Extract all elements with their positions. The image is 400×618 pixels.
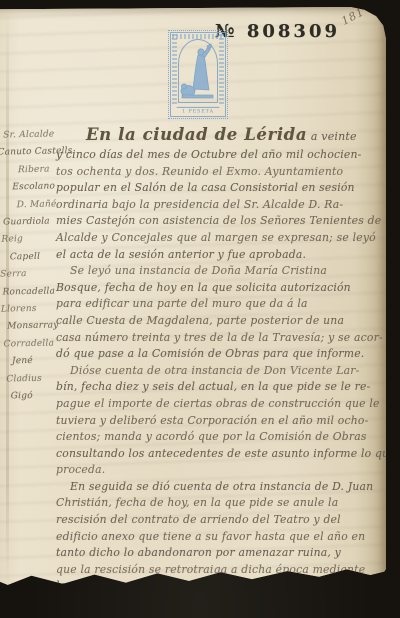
- attendee-name: Escolano: [12, 179, 56, 197]
- stamp-right-band: [219, 34, 224, 105]
- manuscript-line: En seguida se dió cuenta de otra instanc…: [56, 479, 366, 496]
- margin-attendees-list: Sr. Alcalde Canuto Castells Ribera Escol…: [0, 126, 61, 406]
- manuscript-line: consultando los antecedentes de este asu…: [56, 446, 366, 463]
- opening-phrase: En la ciudad de Lérida: [86, 125, 307, 144]
- manuscript-line: Alcalde y Concejales que al margen se ex…: [56, 230, 366, 247]
- attendee-name: Llorens: [1, 300, 59, 319]
- attendee-name: Reig: [1, 231, 57, 250]
- attendee-name: Roncadella: [2, 283, 58, 302]
- attendee-name: Canuto Castells: [0, 144, 56, 163]
- stamp-denomination: 1 PESETA: [177, 107, 220, 115]
- attendee-name: Capell: [10, 248, 58, 266]
- allegorical-figure-icon: [180, 43, 216, 103]
- lion-head: [181, 84, 186, 89]
- attendee-name: Serra: [0, 266, 58, 285]
- manuscript-line: tos ochenta y dos. Reunido el Exmo. Ayun…: [56, 164, 366, 181]
- manuscript-line: ordinaria bajo la presidencia del Sr. Al…: [56, 197, 366, 214]
- manuscript-line: y cinco días del mes de Octubre del año …: [56, 147, 366, 164]
- attendee-name: Sr. Alcalde: [3, 126, 55, 144]
- manuscript-line: cientos; manda y acordó que por la Comis…: [56, 429, 366, 446]
- manuscript-line: tanto dicho lo abandonaron por amenazar …: [56, 545, 366, 562]
- pedestal: [182, 95, 213, 98]
- manuscript-line: edificio anexo que tiene a su favor hast…: [56, 529, 366, 546]
- manuscript-body: En la ciudad de Lérida a veinte y cinco …: [56, 123, 366, 595]
- serial-number: № 808309: [215, 21, 340, 42]
- manuscript-line: calle Cuesta de Magdalena, parte posteri…: [56, 313, 366, 330]
- manuscript-line: Christián, fecha de hoy, en la que pide …: [56, 495, 366, 512]
- manuscript-line: proceda.: [56, 462, 366, 479]
- attendee-name: Cladius: [6, 370, 60, 389]
- manuscript-line: Se leyó una instancia de Doña María Cris…: [56, 263, 366, 280]
- manuscript-line: dó que pase a la Comisión de Obras para …: [56, 346, 366, 363]
- figure-branch: [207, 44, 212, 49]
- manuscript-line: popular en el Salón de la casa Consistor…: [56, 180, 366, 197]
- scanned-photo: { "page": { "folio_number": "181", "seri…: [0, 0, 400, 618]
- attendee-name: Guardiola: [3, 213, 57, 232]
- fiscal-stamp: 1 PESETA: [168, 30, 228, 119]
- opening-continuation: a veinte: [307, 130, 357, 143]
- opening-line: En la ciudad de Lérida a veinte: [86, 123, 366, 147]
- manuscript-line: Bosque, fecha de hoy en la que solicita …: [56, 280, 366, 297]
- manuscript-line: bín, fecha diez y seis del actual, en la…: [56, 379, 366, 396]
- folio-number: 181: [339, 5, 366, 27]
- manuscript-line: Dióse cuenta de otra instancia de Don Vi…: [56, 363, 366, 380]
- manuscript-line: el acta de la sesión anterior y fue apro…: [56, 247, 366, 264]
- attendee-name: Gigó: [11, 387, 61, 405]
- attendee-name: Monsarray: [7, 318, 59, 336]
- manuscript-line: mies Castejón con asistencia de los Seño…: [56, 213, 366, 230]
- attendee-name: D. Mañé: [17, 196, 57, 214]
- manuscript-lines: y cinco días del mes de Octubre del año …: [56, 147, 366, 595]
- attendee-name: Corradella: [3, 335, 59, 354]
- attendee-name: Jené: [12, 353, 60, 371]
- attendee-name: Ribera: [18, 161, 56, 179]
- manuscript-line: rescisión del contrato de arriendo del T…: [56, 512, 366, 529]
- manuscript-line: para edificar una parte del muro que da …: [56, 296, 366, 313]
- manuscript-page: 181 № 808309 1 PESETA Sr. Alcalde Canuto: [0, 7, 386, 589]
- manuscript-line: lo cual en aquello que sea justo. S. E. …: [56, 578, 366, 595]
- manuscript-line: que la rescisión se retrotraiga a dicha …: [56, 562, 366, 579]
- stamp-left-band: [172, 34, 177, 105]
- manuscript-line: casa número treinta y tres de la de la T…: [56, 330, 366, 347]
- figure-robe: [193, 55, 209, 90]
- manuscript-line: tuviera y deliberó esta Corporación en e…: [56, 413, 366, 430]
- manuscript-line: pague el importe de ciertas obras de con…: [56, 396, 366, 413]
